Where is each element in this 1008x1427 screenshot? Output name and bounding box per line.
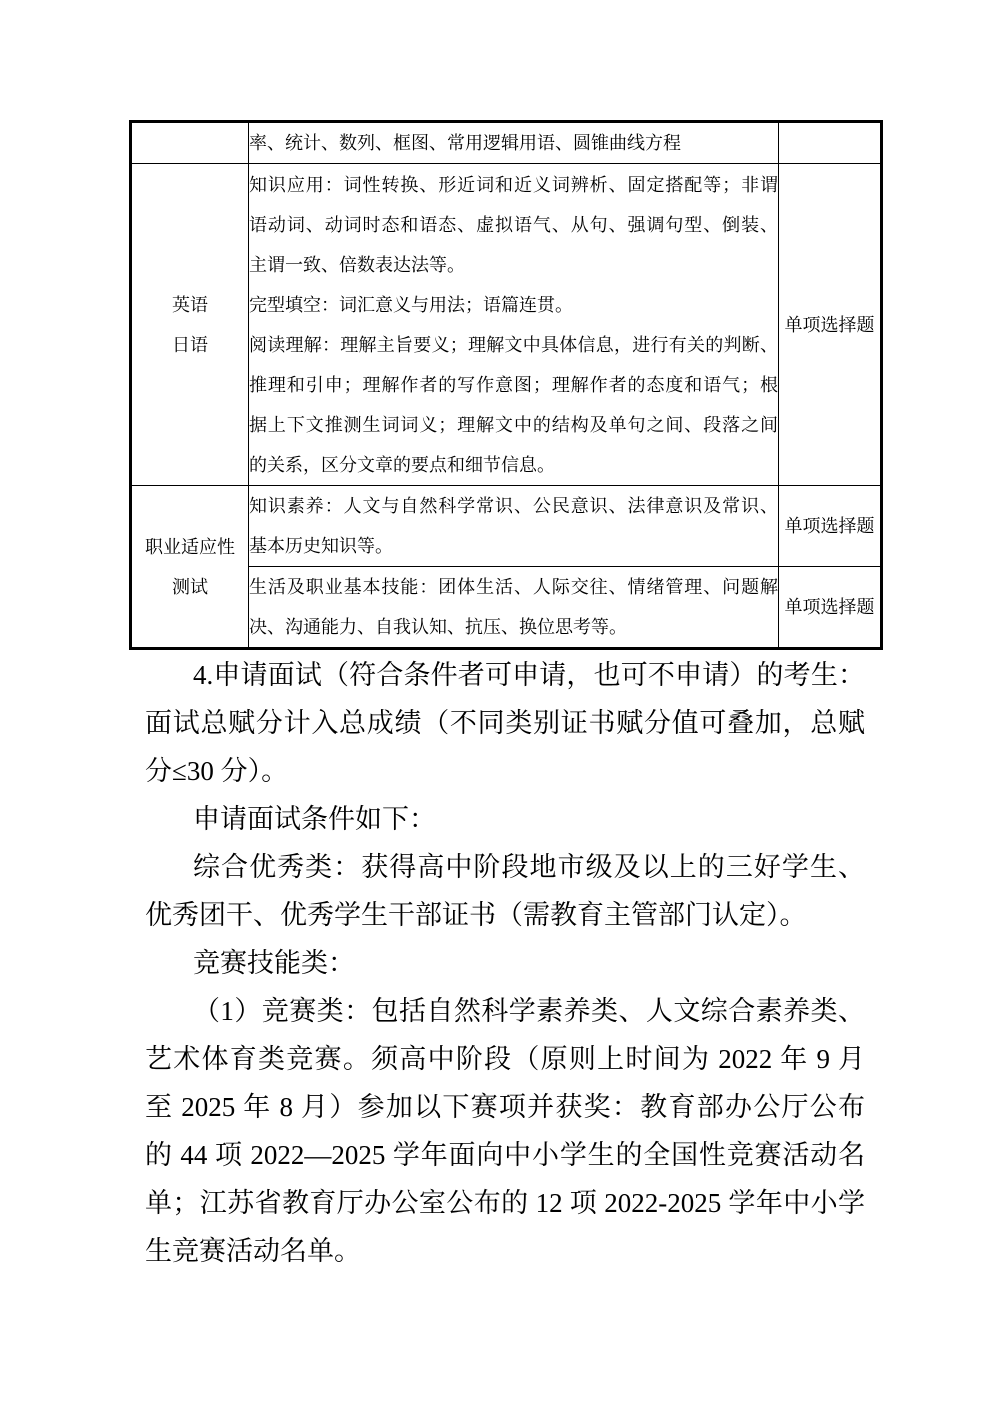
document-page: 率、统计、数列、框图、常用逻辑用语、圆锥曲线方程 英语 日语 知识应用：词性转换… [0, 0, 1008, 1427]
table-text-line: 的关系，区分文章的要点和细节信息。 [249, 445, 778, 485]
question-type-label: 单项选择题 [779, 596, 880, 618]
table-row-english-japanese: 英语 日语 知识应用：词性转换、形近词和近义词辨析、固定搭配等；非谓 语动词、动… [131, 164, 882, 486]
cell-subject-empty [131, 122, 249, 164]
body-line: 分≤30 分）。 [145, 747, 865, 795]
table-row-knowledge-literacy: 职业适应性 测试 知识素养：人文与自然科学常识、公民意识、法律意识及常识、 基本… [131, 486, 882, 567]
paragraph-interview-conditions-heading: 申请面试条件如下： [145, 795, 865, 843]
body-line: 单；江苏省教育厅办公室公布的 12 项 2022-2025 学年中小学 [145, 1179, 865, 1227]
cell-question-type-empty [779, 122, 882, 164]
paragraph-comprehensive-excellence: 综合优秀类：获得高中阶段地市级及以上的三好学生、 优秀团干、优秀学生干部证书（需… [145, 843, 865, 939]
table-text-line: 语动词、动词时态和语态、虚拟语气、从句、强调句型、倒装、 [249, 205, 778, 245]
body-line: 申请面试条件如下： [145, 795, 865, 843]
subject-line: 英语 [132, 285, 248, 325]
subject-line: 日语 [132, 325, 248, 365]
table-text-line: 完型填空：词汇意义与用法；语篇连贯。 [249, 285, 778, 325]
body-line: 面试总赋分计入总成绩（不同类别证书赋分值可叠加，总赋 [145, 699, 865, 747]
body-line: 4.申请面试（符合条件者可申请，也可不申请）的考生： [145, 651, 865, 699]
cell-content-math: 率、统计、数列、框图、常用逻辑用语、圆锥曲线方程 [249, 122, 779, 164]
table-text-line: 率、统计、数列、框图、常用逻辑用语、圆锥曲线方程 [249, 123, 778, 163]
body-line: 竞赛技能类： [145, 939, 865, 987]
cell-question-type: 单项选择题 [779, 567, 882, 649]
cell-content-knowledge-literacy: 知识素养：人文与自然科学常识、公民意识、法律意识及常识、 基本历史知识等。 [249, 486, 779, 567]
subject-line: 测试 [132, 567, 248, 607]
paragraph-competition-skills-heading: 竞赛技能类： [145, 939, 865, 987]
body-line: 艺术体育类竞赛。须高中阶段（原则上时间为 2022 年 9 月 [145, 1035, 865, 1083]
body-line: 生竞赛活动名单。 [145, 1227, 865, 1275]
table-text-line: 主谓一致、倍数表达法等。 [249, 245, 778, 285]
question-type-label: 单项选择题 [779, 515, 880, 537]
table-text-line: 推理和引申；理解作者的写作意图；理解作者的态度和语气；根 [249, 365, 778, 405]
cell-subject-vocational-aptitude: 职业适应性 测试 [131, 486, 249, 649]
question-type-label: 单项选择题 [779, 314, 880, 336]
paragraph-competition-category: （1）竞赛类：包括自然科学素养类、人文综合素养类、 艺术体育类竞赛。须高中阶段（… [145, 987, 865, 1275]
body-line: 优秀团干、优秀学生干部证书（需教育主管部门认定）。 [145, 891, 865, 939]
body-line: 的 44 项 2022—2025 学年面向中小学生的全国性竞赛活动名 [145, 1131, 865, 1179]
cell-content-life-skills: 生活及职业基本技能：团体生活、人际交往、情绪管理、问题解 决、沟通能力、自我认知… [249, 567, 779, 649]
cell-question-type: 单项选择题 [779, 164, 882, 486]
cell-content-english-japanese: 知识应用：词性转换、形近词和近义词辨析、固定搭配等；非谓 语动词、动词时态和语态… [249, 164, 779, 486]
paragraph-interview-application: 4.申请面试（符合条件者可申请，也可不申请）的考生： 面试总赋分计入总成绩（不同… [145, 651, 865, 795]
table-row-math-continued: 率、统计、数列、框图、常用逻辑用语、圆锥曲线方程 [131, 122, 882, 164]
exam-syllabus-table: 率、统计、数列、框图、常用逻辑用语、圆锥曲线方程 英语 日语 知识应用：词性转换… [129, 120, 883, 650]
table-text-line: 基本历史知识等。 [249, 526, 778, 566]
cell-question-type: 单项选择题 [779, 486, 882, 567]
table-text-line: 知识素养：人文与自然科学常识、公民意识、法律意识及常识、 [249, 486, 778, 526]
table-text-line: 生活及职业基本技能：团体生活、人际交往、情绪管理、问题解 [249, 567, 778, 607]
subject-line: 职业适应性 [132, 527, 248, 567]
table-text-line: 知识应用：词性转换、形近词和近义词辨析、固定搭配等；非谓 [249, 165, 778, 205]
cell-subject-english-japanese: 英语 日语 [131, 164, 249, 486]
table-text-line: 阅读理解：理解主旨要义；理解文中具体信息，进行有关的判断、 [249, 325, 778, 365]
table-text-line: 据上下文推测生词词义；理解文中的结构及单句之间、段落之间 [249, 405, 778, 445]
table-text-line: 决、沟通能力、自我认知、抗压、换位思考等。 [249, 607, 778, 647]
body-line: （1）竞赛类：包括自然科学素养类、人文综合素养类、 [145, 987, 865, 1035]
body-line: 至 2025 年 8 月）参加以下赛项并获奖：教育部办公厅公布 [145, 1083, 865, 1131]
body-text: 4.申请面试（符合条件者可申请，也可不申请）的考生： 面试总赋分计入总成绩（不同… [145, 651, 865, 1275]
body-line: 综合优秀类：获得高中阶段地市级及以上的三好学生、 [145, 843, 865, 891]
